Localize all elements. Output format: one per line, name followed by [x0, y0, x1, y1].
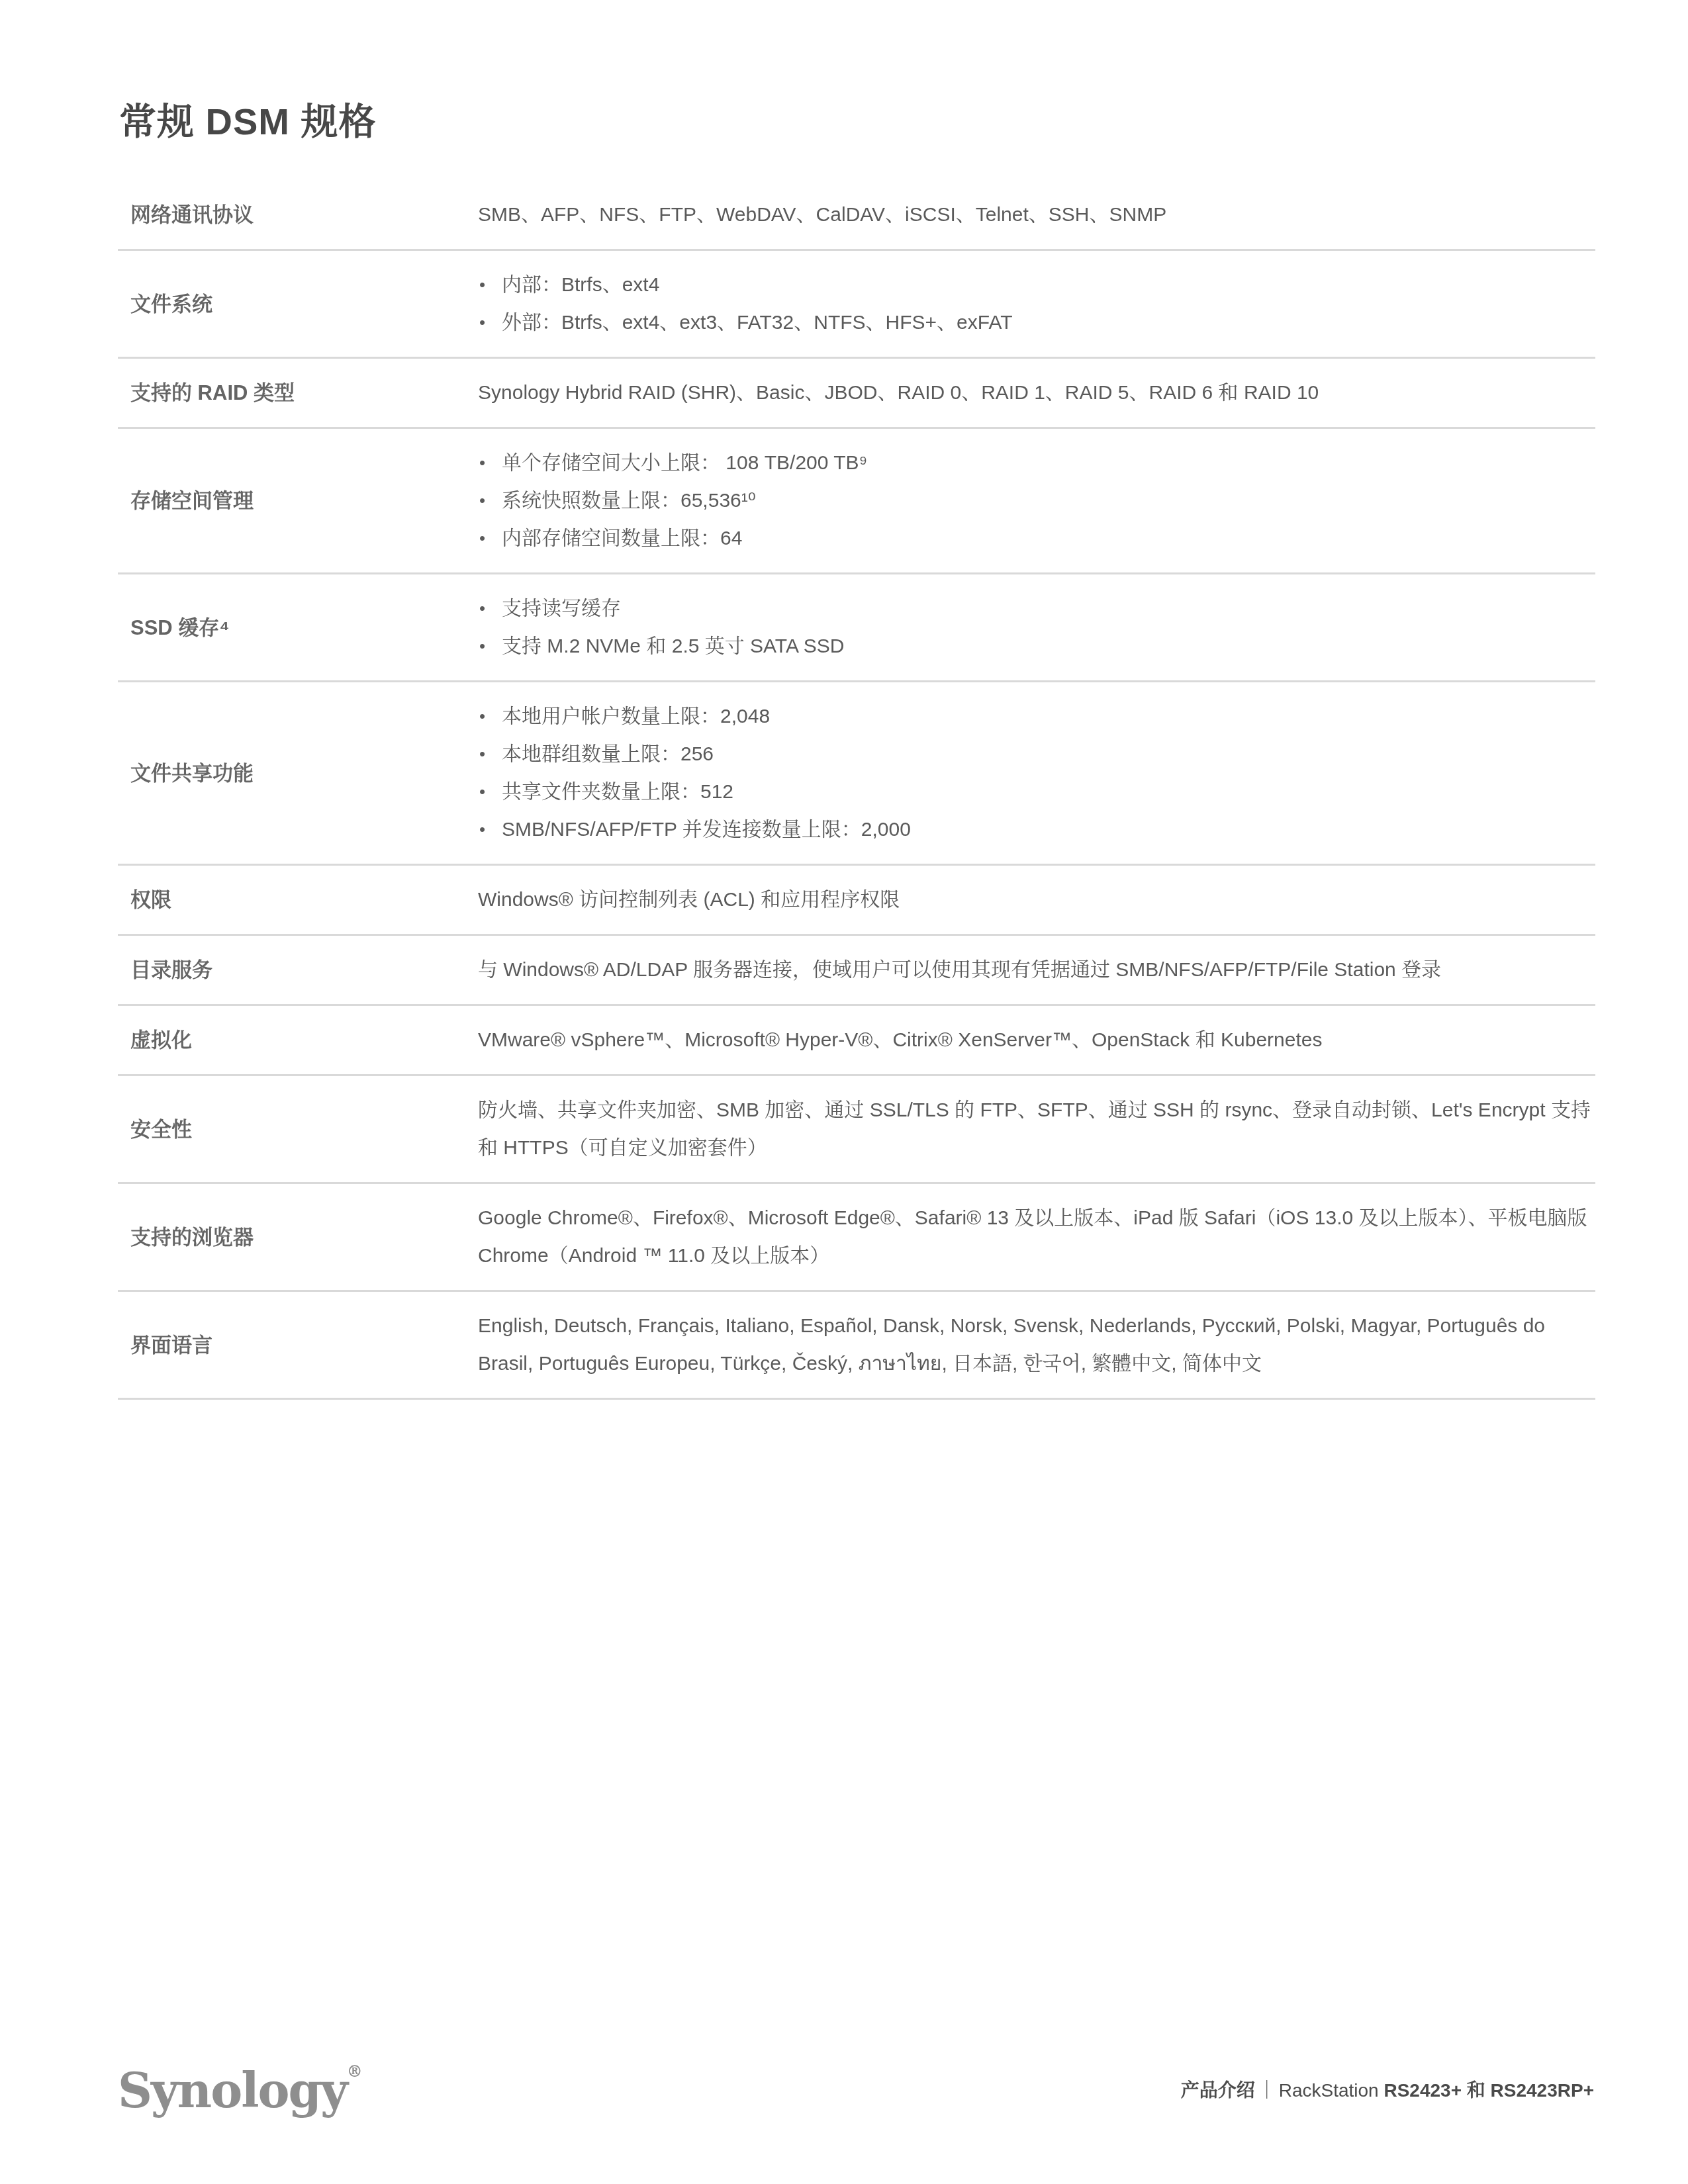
spec-row-virtualization: 虚拟化 VMware® vSphere™、Microsoft® Hyper-V®… [118, 1006, 1595, 1076]
spec-value: SMB、AFP、NFS、FTP、WebDAV、CalDAV、iSCSI、Teln… [478, 196, 1595, 234]
bullet-item: 内部存储空间数量上限：64 [478, 520, 1595, 557]
spec-value: 支持读写缓存 支持 M.2 NVMe 和 2.5 英寸 SATA SSD [478, 590, 1595, 665]
footer-separator: ｜ [1255, 2080, 1279, 2101]
footer-product-line: RackStation [1279, 2080, 1379, 2101]
bullet-list: 支持读写缓存 支持 M.2 NVMe 和 2.5 英寸 SATA SSD [478, 590, 1595, 665]
spec-row-security: 安全性 防火墙、共享文件夹加密、SMB 加密、通过 SSL/TLS 的 FTP、… [118, 1076, 1595, 1184]
spec-value: Google Chrome®、Firefox®、Microsoft Edge®、… [478, 1199, 1595, 1275]
spec-label: 文件系统 [118, 285, 478, 323]
bullet-item: 支持 M.2 NVMe 和 2.5 英寸 SATA SSD [478, 627, 1595, 665]
bullet-list: 本地用户帐户数量上限：2,048 本地群组数量上限：256 共享文件夹数量上限：… [478, 698, 1595, 848]
spec-value: 与 Windows® AD/LDAP 服务器连接，使域用户可以使用其现有凭据通过… [478, 951, 1595, 989]
bullet-item: 外部：Btrfs、ext4、ext3、FAT32、NTFS、HFS+、exFAT [478, 304, 1595, 341]
spec-value: Windows® 访问控制列表 (ACL) 和应用程序权限 [478, 881, 1595, 919]
spec-label: 支持的浏览器 [118, 1218, 478, 1256]
spec-row-ssd-cache: SSD 缓存⁴ 支持读写缓存 支持 M.2 NVMe 和 2.5 英寸 SATA… [118, 574, 1595, 682]
spec-label: 权限 [118, 881, 478, 919]
spec-label: 存储空间管理 [118, 482, 478, 520]
spec-row-interface-languages: 界面语言 English, Deutsch, Français, Italian… [118, 1292, 1595, 1400]
spec-value: 单个存储空间大小上限： 108 TB/200 TB⁹ 系统快照数量上限：65,5… [478, 444, 1595, 557]
footer-product-models: RS2423+ 和 RS2423RP+ [1383, 2080, 1594, 2101]
spec-value: 防火墙、共享文件夹加密、SMB 加密、通过 SSL/TLS 的 FTP、SFTP… [478, 1091, 1595, 1167]
bullet-item: SMB/NFS/AFP/FTP 并发连接数量上限：2,000 [478, 811, 1595, 848]
footer-doc-type: 产品介绍 [1181, 2080, 1255, 2101]
bullet-item: 本地用户帐户数量上限：2,048 [478, 698, 1595, 735]
bullet-item: 本地群组数量上限：256 [478, 735, 1595, 773]
spec-value: English, Deutsch, Français, Italiano, Es… [478, 1307, 1595, 1383]
synology-logo: Synology® [118, 2064, 363, 2115]
spec-row-network-protocols: 网络通讯协议 SMB、AFP、NFS、FTP、WebDAV、CalDAV、iSC… [118, 181, 1595, 251]
page-title: 常规 DSM 规格 [119, 99, 1595, 144]
bullet-item: 支持读写缓存 [478, 590, 1595, 627]
spec-row-supported-browsers: 支持的浏览器 Google Chrome®、Firefox®、Microsoft… [118, 1184, 1595, 1292]
bullet-item: 共享文件夹数量上限：512 [478, 773, 1595, 811]
spec-value: 本地用户帐户数量上限：2,048 本地群组数量上限：256 共享文件夹数量上限：… [478, 698, 1595, 848]
spec-label: 目录服务 [118, 951, 478, 989]
spec-row-permissions: 权限 Windows® 访问控制列表 (ACL) 和应用程序权限 [118, 866, 1595, 936]
spec-label: 网络通讯协议 [118, 196, 478, 234]
spec-row-raid-types: 支持的 RAID 类型 Synology Hybrid RAID (SHR)、B… [118, 359, 1595, 429]
spec-label: 支持的 RAID 类型 [118, 374, 478, 412]
dsm-spec-table: 网络通讯协议 SMB、AFP、NFS、FTP、WebDAV、CalDAV、iSC… [118, 181, 1595, 1400]
spec-row-directory-service: 目录服务 与 Windows® AD/LDAP 服务器连接，使域用户可以使用其现… [118, 936, 1595, 1006]
spec-row-storage-management: 存储空间管理 单个存储空间大小上限： 108 TB/200 TB⁹ 系统快照数量… [118, 429, 1595, 574]
spec-label: 界面语言 [118, 1326, 478, 1364]
datasheet-page: 常规 DSM 规格 网络通讯协议 SMB、AFP、NFS、FTP、WebDAV、… [0, 0, 1688, 2184]
bullet-item: 内部：Btrfs、ext4 [478, 266, 1595, 304]
spec-value: 内部：Btrfs、ext4 外部：Btrfs、ext4、ext3、FAT32、N… [478, 266, 1595, 341]
bullet-item: 单个存储空间大小上限： 108 TB/200 TB⁹ [478, 444, 1595, 482]
registered-trademark-icon: ® [347, 2062, 363, 2081]
spec-label: 安全性 [118, 1111, 478, 1148]
spec-value: VMware® vSphere™、Microsoft® Hyper-V®、Cit… [478, 1021, 1595, 1059]
spec-label: 虚拟化 [118, 1021, 478, 1059]
bullet-item: 系统快照数量上限：65,536¹⁰ [478, 482, 1595, 520]
spec-row-file-system: 文件系统 内部：Btrfs、ext4 外部：Btrfs、ext4、ext3、FA… [118, 251, 1595, 359]
bullet-list: 单个存储空间大小上限： 108 TB/200 TB⁹ 系统快照数量上限：65,5… [478, 444, 1595, 557]
page-footer: Synology® 产品介绍｜RackStation RS2423+ 和 RS2… [118, 2064, 1594, 2115]
spec-value: Synology Hybrid RAID (SHR)、Basic、JBOD、RA… [478, 374, 1595, 412]
spec-row-file-sharing: 文件共享功能 本地用户帐户数量上限：2,048 本地群组数量上限：256 共享文… [118, 682, 1595, 866]
spec-label: 文件共享功能 [118, 754, 478, 792]
bullet-list: 内部：Btrfs、ext4 外部：Btrfs、ext4、ext3、FAT32、N… [478, 266, 1595, 341]
spec-label: SSD 缓存⁴ [118, 609, 478, 647]
footer-doc-info: 产品介绍｜RackStation RS2423+ 和 RS2423RP+ [1181, 2076, 1594, 2103]
synology-logo-text: Synology [118, 2062, 347, 2118]
